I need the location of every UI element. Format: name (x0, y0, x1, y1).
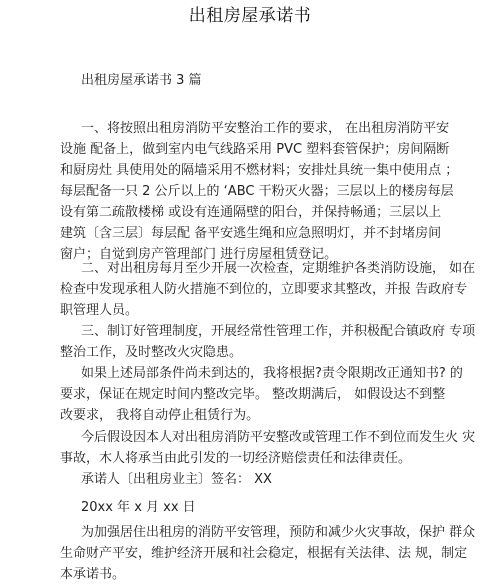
text-line: 和厨房灶 具使用处的隔墙采用不燃材料；安排灶具统一集中使用点 ； (60, 163, 458, 179)
text-line: 检查中发现承租人防火措施不到位的，立即要求其整改，并报 告政府专 (60, 282, 467, 298)
text-line: 承诺人〔出租房业主〕签名： XX (81, 472, 272, 488)
text-line: 生命财产平安，维护经济开展和社会稳定，根据有关法律、法 规，制定 (60, 546, 467, 562)
document-title: 出租房屋承诺书 (0, 1, 500, 26)
text-line: 三、制订好管理制度，开展经常性管理工作，并积极配合镇政府 专项 (81, 324, 475, 340)
text-line: 整治工作，及时整改火灾隐患。 (60, 345, 242, 361)
document-subtitle: 出租房屋承诺书 3 篇 (81, 69, 202, 88)
text-line: 一、将按照出租房消防平安整治工作的要求， 在出租房消防平安 (81, 121, 449, 137)
text-line: 如果上述局部条件尚未到达的，我将根据?责令限期改正通知书? 的 (81, 366, 463, 382)
text-line: 事故，木人将承当由此引发的一切经济赔偿责任和法律责任。 (60, 451, 411, 467)
text-line: 20xx 年 x 月 xx 日 (81, 500, 196, 516)
text-line: 为加强居住出租房的消防平安管理，预防和减少火灾事故，保护 群众 (81, 525, 475, 541)
text-line: 二、对出租房每月至少开展一次检查，定期维护各类消防设施， 如在 (81, 261, 475, 277)
text-line: 本承诺书。 (60, 567, 125, 583)
text-line: 设有第二疏散楼梯 或设有连通隔壁的阳台，并保持畅通；三层以上 (60, 205, 441, 221)
text-line: 建筑〔含三层〕每层配 备平安逃生绳和应急照明灯，并不封堵房间 (60, 226, 441, 242)
text-line: 每层配备一只 2 公斤以上的 ‘ABC 干粉灭火器；三层以上的楼房每层 (60, 184, 454, 200)
text-line: 今后假设因本人对出租房消防平安整改或管理工作不到位而发生火 灾 (81, 430, 475, 446)
text-line: 设施 配备上，做到室内电气线路采用 PVC 塑料套管保护；房间隔断 (60, 142, 449, 158)
text-line: 要求，保证在规定时间内整改完毕。 整改期满后， 如假设达不到整 (60, 387, 445, 403)
text-line: 职管理人员。 (60, 303, 138, 319)
text-line: 改要求， 我将自动停止租赁行为。 (60, 408, 259, 424)
